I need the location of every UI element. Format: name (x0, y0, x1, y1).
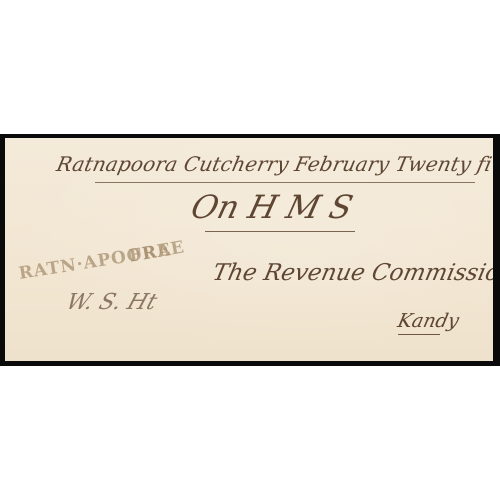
sender-signature: W. S. Ht (63, 290, 160, 315)
destination: Kandy (396, 310, 461, 332)
header-underline (95, 182, 475, 183)
endorsement-underline (205, 231, 355, 232)
destination-underline (398, 334, 440, 335)
addressee: The Revenue Commissioner (210, 260, 493, 286)
on-his-majestys-service-endorsement: On H M S (187, 188, 356, 226)
letter-cover: Ratnapoora Cutcherry February Twenty fiv… (5, 138, 493, 361)
origin-date-line: Ratnapoora Cutcherry February Twenty fiv… (54, 152, 493, 176)
